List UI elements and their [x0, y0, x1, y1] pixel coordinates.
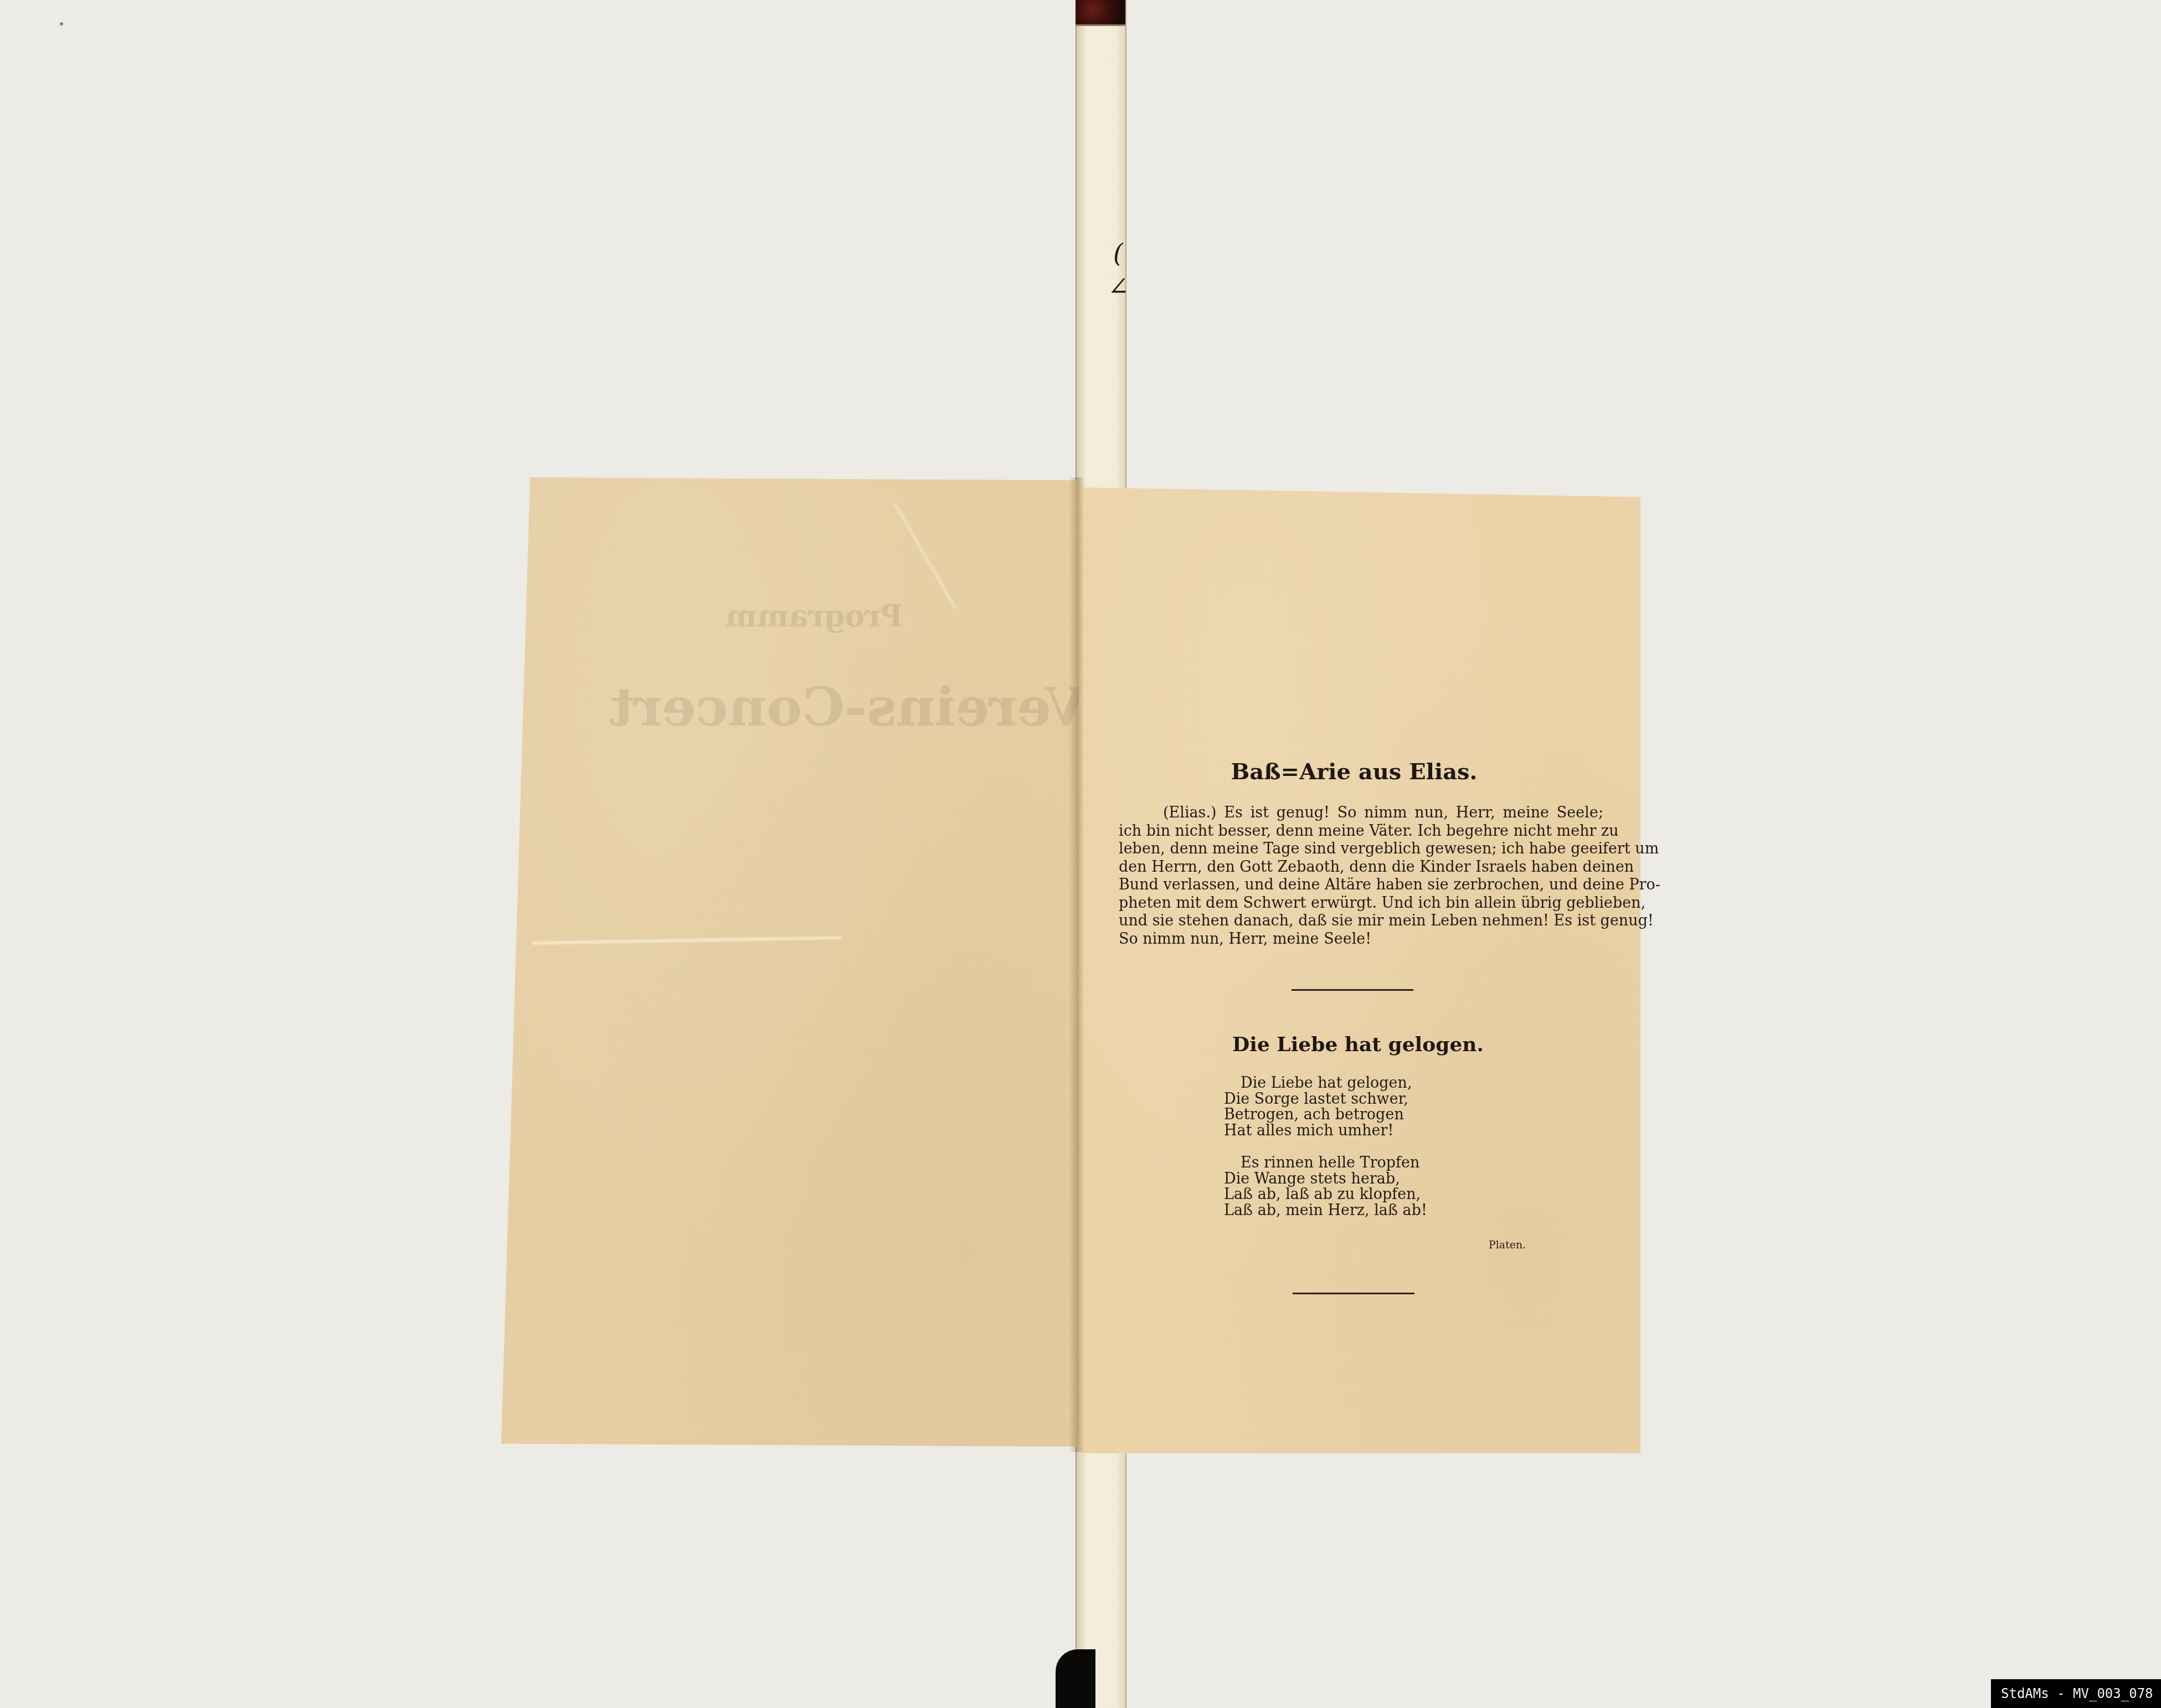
poem-line: Die Sorge lastet schwer, — [1224, 1092, 1427, 1108]
section-divider — [1292, 989, 1413, 991]
poem-line: Die Liebe hat gelogen, — [1224, 1076, 1427, 1092]
section-title-bass-aria: Baß=Arie aus Elias. — [1216, 759, 1493, 785]
aria-line: (Elias.) Es ist genug! So nimm nun, Herr… — [1119, 804, 1603, 822]
aria-text: (Elias.) Es ist genug! So nimm nun, Herr… — [1119, 804, 1603, 948]
dust-speck — [60, 22, 63, 25]
poem-stanza: Die Liebe hat gelogen, Die Sorge lastet … — [1224, 1076, 1427, 1139]
aria-line: ich bin nicht besser, denn meine Väter. … — [1119, 822, 1603, 841]
poem-line: Laß ab, laß ab zu klopfen, — [1224, 1187, 1427, 1203]
right-page — [1079, 487, 1640, 1453]
bleed-through-title: Vereins-Concert — [609, 676, 1087, 738]
poem: Die Liebe hat gelogen, Die Sorge lastet … — [1224, 1076, 1427, 1235]
aria-line: Bund verlassen, und deine Altäre haben s… — [1119, 876, 1603, 894]
aria-line: und sie stehen danach, daß sie mir mein … — [1119, 912, 1603, 930]
section-divider — [1293, 1293, 1414, 1294]
poem-stanza: Es rinnen helle Tropfen Die Wange stets … — [1224, 1155, 1427, 1218]
strip-top-cap — [1076, 0, 1125, 26]
handwritten-mark-2: ∠ — [1108, 271, 1129, 301]
poem-line: Hat alles mich umher! — [1224, 1123, 1427, 1139]
archive-id-label: StdAMs - MV_003_078 — [1991, 1679, 2161, 1708]
aria-line: pheten mit dem Schwert erwürgt. Und ich … — [1119, 894, 1603, 913]
poem-line: Es rinnen helle Tropfen — [1224, 1155, 1427, 1171]
poem-line: Die Wange stets herab, — [1224, 1171, 1427, 1187]
aria-line: So nimm nun, Herr, meine Seele! — [1119, 930, 1603, 949]
section-title-poem: Die Liebe hat gelogen. — [1232, 1033, 1465, 1056]
aria-line: den Herrn, den Gott Zebaoth, denn die Ki… — [1119, 858, 1603, 877]
poem-line: Laß ab, mein Herz, laß ab! — [1224, 1203, 1427, 1219]
poem-line: Betrogen, ach betrogen — [1224, 1107, 1427, 1123]
handwritten-mark-1: ( — [1113, 238, 1123, 268]
gutter-fold — [1069, 477, 1083, 1452]
aria-line: leben, denn meine Tage sind vergeblich g… — [1119, 840, 1603, 858]
poem-author: Platen. — [1489, 1239, 1526, 1251]
bleed-through-heading: Programm — [726, 598, 903, 634]
strip-bottom-cap — [1056, 1649, 1095, 1708]
